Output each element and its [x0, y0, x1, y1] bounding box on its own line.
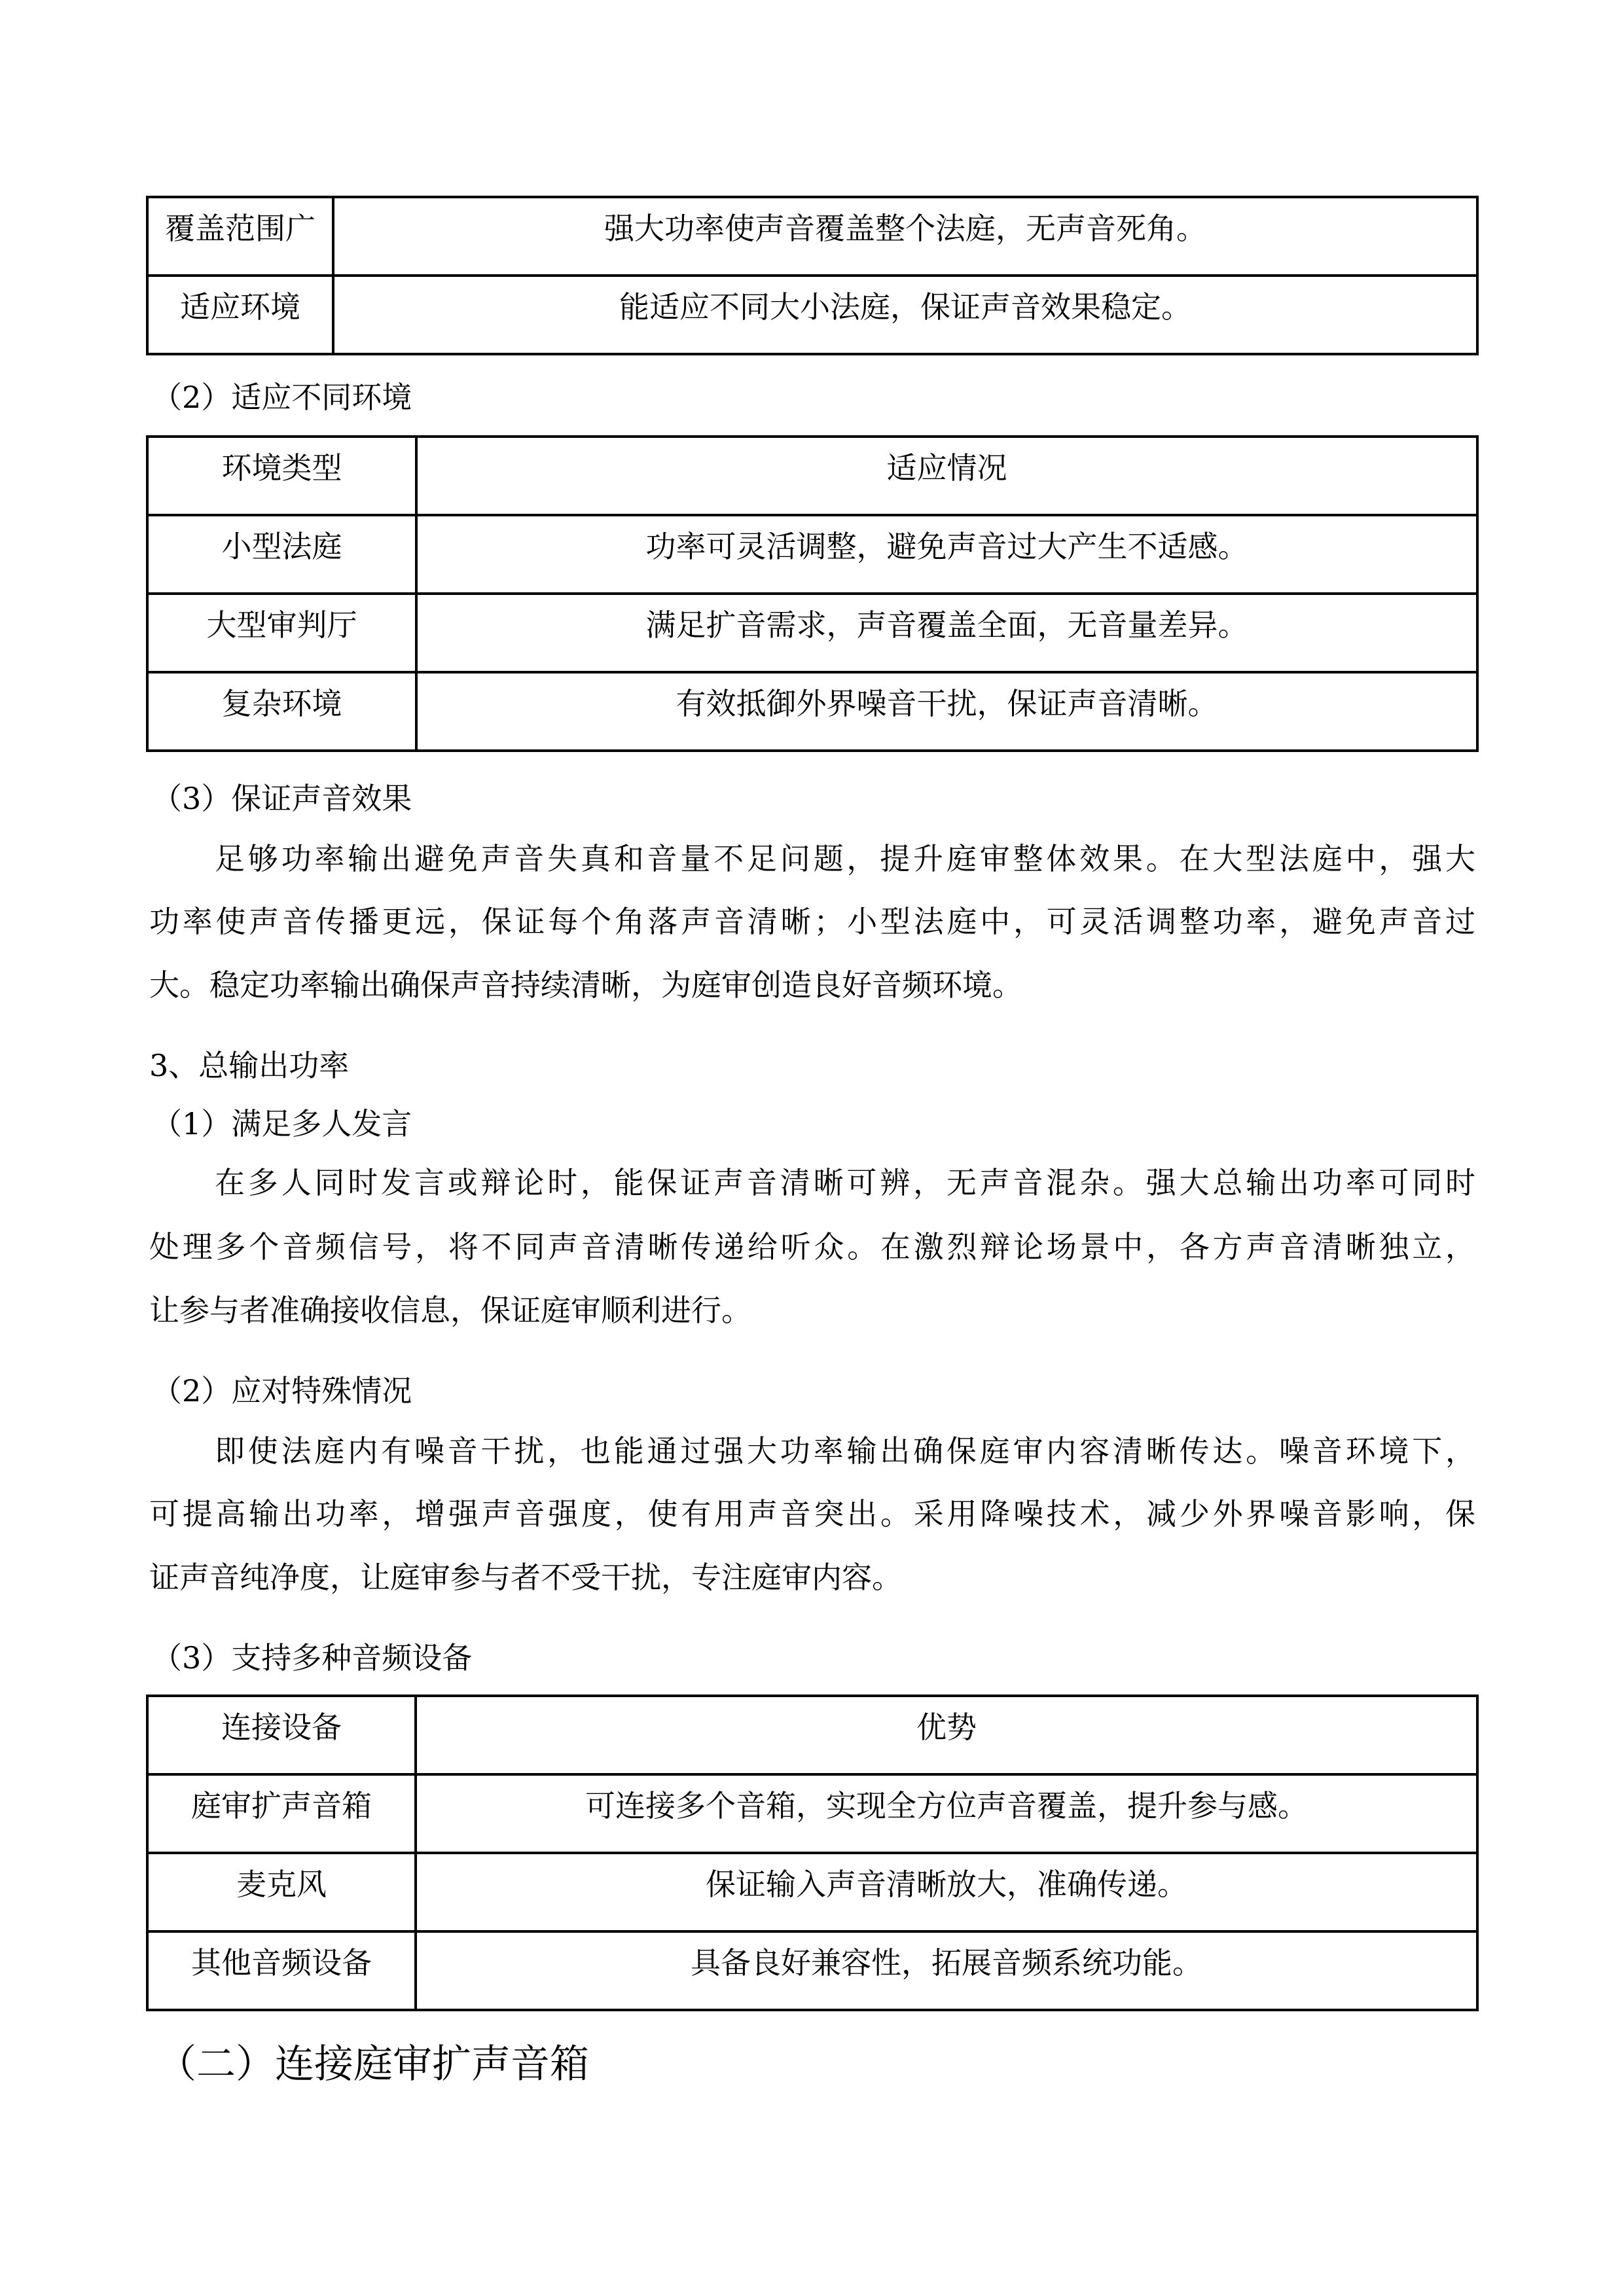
table-cell: 可连接多个音箱，实现全方位声音覆盖，提升参与感。: [416, 1774, 1477, 1853]
table-row: 小型法庭 功率可灵活调整，避免声音过大产生不适感。: [147, 515, 1477, 594]
table-cell: 功率可灵活调整，避免声音过大产生不适感。: [416, 515, 1477, 594]
table-header-cell: 适应情况: [416, 437, 1477, 515]
paragraph-line: 证声音纯净度，让庭审参与者不受干扰，专注庭审内容。: [149, 1558, 1475, 1597]
chapter-heading: （二）连接庭审扩声音箱: [157, 2041, 589, 2088]
table-row: 大型审判厅 满足扩音需求，声音覆盖全面，无音量差异。: [147, 594, 1477, 672]
paragraph-line: 可提高输出功率，增强声音强度，使有用声音突出。采用降噪技术，减少外界噪音影响，保: [149, 1494, 1475, 1534]
paragraph-line: 功率使声音传播更远，保证每个角落声音清晰；小型法庭中，可灵活调整功率，避免声音过: [149, 902, 1475, 941]
subsection-heading: （1）满足多人发言: [152, 1104, 1478, 1143]
table-cell: 满足扩音需求，声音覆盖全面，无音量差异。: [416, 594, 1477, 672]
paragraph-line: 大。稳定功率输出确保声音持续清晰，为庭审创造良好音频环境。: [149, 965, 1475, 1005]
table-cell: 保证输入声音清晰放大，准确传递。: [416, 1853, 1477, 1931]
table-cell: 强大功率使声音覆盖整个法庭，无声音死角。: [333, 197, 1477, 276]
paragraph-line: 让参与者准确接收信息，保证庭审顺利进行。: [149, 1291, 1475, 1330]
table-cell: 大型审判厅: [147, 594, 416, 672]
table-header-cell: 连接设备: [147, 1696, 416, 1774]
table-row: 麦克风 保证输入声音清晰放大，准确传递。: [147, 1853, 1477, 1931]
table-row: 庭审扩声音箱 可连接多个音箱，实现全方位声音覆盖，提升参与感。: [147, 1774, 1477, 1853]
paragraph-line: 在多人同时发言或辩论时，能保证声音清晰可辨，无声音混杂。强大总输出功率可同时: [215, 1163, 1475, 1202]
table-cell: 能适应不同大小法庭，保证声音效果稳定。: [333, 276, 1477, 354]
environment-table: 环境类型 适应情况 小型法庭 功率可灵活调整，避免声音过大产生不适感。 大型审判…: [146, 435, 1479, 752]
paragraph-line: 足够功率输出避免声音失真和音量不足问题，提升庭审整体效果。在大型法庭中，强大: [215, 839, 1475, 878]
paragraph-line: 即使法庭内有噪音干扰，也能通过强大功率输出确保庭审内容清晰传达。噪音环境下，: [215, 1431, 1475, 1471]
table-header-cell: 优势: [416, 1696, 1477, 1774]
subsection-heading: （3）支持多种音频设备: [152, 1638, 1478, 1677]
subsection-heading: （3）保证声音效果: [152, 779, 1478, 818]
table-row: 复杂环境 有效抵御外界噪音干扰，保证声音清晰。: [147, 672, 1477, 751]
table-row: 其他音频设备 具备良好兼容性，拓展音频系统功能。: [147, 1931, 1477, 2010]
table-cell: 小型法庭: [147, 515, 416, 594]
audio-devices-table: 连接设备 优势 庭审扩声音箱 可连接多个音箱，实现全方位声音覆盖，提升参与感。 …: [146, 1695, 1479, 2011]
table-header-row: 连接设备 优势: [147, 1696, 1477, 1774]
table-cell: 具备良好兼容性，拓展音频系统功能。: [416, 1931, 1477, 2010]
table-cell: 复杂环境: [147, 672, 416, 751]
paragraph-line: 处理多个音频信号，将不同声音清晰传递给听众。在激烈辩论场景中，各方声音清晰独立，: [149, 1227, 1475, 1266]
table-header-cell: 环境类型: [147, 437, 416, 515]
table-row: 适应环境 能适应不同大小法庭，保证声音效果稳定。: [147, 276, 1477, 354]
table-cell: 麦克风: [147, 1853, 416, 1931]
table-header-row: 环境类型 适应情况: [147, 437, 1477, 515]
subsection-heading: （2）应对特殊情况: [152, 1371, 1478, 1410]
table-cell: 覆盖范围广: [147, 197, 333, 276]
coverage-table: 覆盖范围广 强大功率使声音覆盖整个法庭，无声音死角。 适应环境 能适应不同大小法…: [146, 196, 1479, 355]
table-cell: 有效抵御外界噪音干扰，保证声音清晰。: [416, 672, 1477, 751]
table-cell: 适应环境: [147, 276, 333, 354]
subsection-heading: （2）适应不同环境: [152, 378, 1478, 417]
table-cell: 其他音频设备: [147, 1931, 416, 2010]
table-row: 覆盖范围广 强大功率使声音覆盖整个法庭，无声音死角。: [147, 197, 1477, 276]
section-heading: 3、总输出功率: [149, 1046, 1475, 1085]
table-cell: 庭审扩声音箱: [147, 1774, 416, 1853]
